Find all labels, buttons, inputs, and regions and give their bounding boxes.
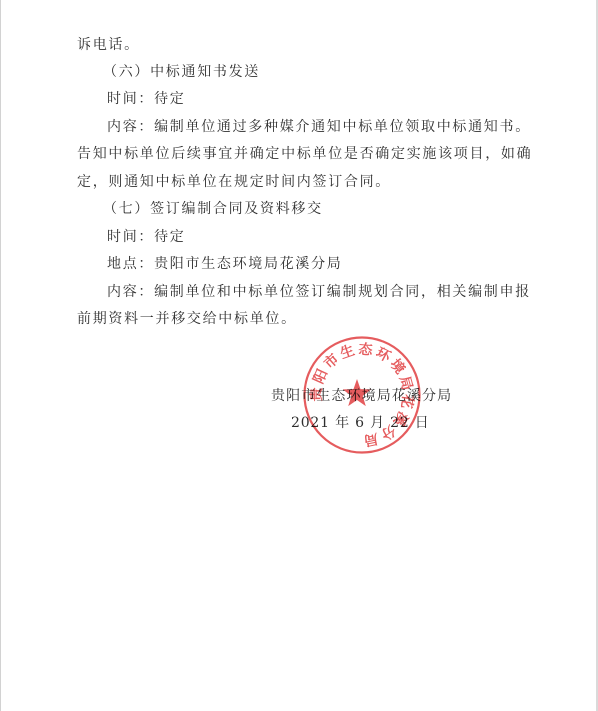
document-page: 诉电话。 （六）中标通知书发送 时间：待定 内容：编制单位通过多种媒介通知中标单… — [0, 0, 598, 711]
time-value: 待定 — [154, 91, 185, 107]
section-7-content-line-1: 内容：编制单位和中标单位签订编制规划合同，相关编制申报 — [107, 282, 531, 302]
signature-date: 2021 年 6 月 22 日 — [291, 413, 430, 433]
section-6-content-line-3: 定，则通知中标单位在规定时间内签订合同。 — [77, 172, 391, 192]
signature-organization: 贵阳市生态环境局花溪分局 — [271, 386, 452, 406]
section-heading-7: （七）签订编制合同及资料移交 — [103, 199, 323, 219]
section-6-time: 时间：待定 — [107, 89, 186, 109]
content-label: 内容： — [107, 119, 154, 135]
content-text: 编制单位通过多种媒介通知中标单位领取中标通知书。 — [154, 119, 531, 135]
place-value: 贵阳市生态环境局花溪分局 — [154, 256, 342, 272]
section-7-place: 地点：贵阳市生态环境局花溪分局 — [107, 254, 343, 274]
section-7-content-line-2: 前期资料一并移交给中标单位。 — [77, 309, 297, 329]
content-text: 编制单位和中标单位签订编制规划合同，相关编制申报 — [154, 284, 531, 300]
section-heading-6: （六）中标通知书发送 — [103, 62, 260, 82]
section-6-content-line-2: 告知中标单位后续事宜并确定中标单位是否确定实施该项目，如确 — [77, 144, 532, 164]
time-value: 待定 — [154, 229, 185, 245]
time-label: 时间： — [107, 229, 154, 245]
paragraph-continuation: 诉电话。 — [77, 35, 140, 55]
section-7-time: 时间：待定 — [107, 227, 186, 247]
section-6-content-line-1: 内容：编制单位通过多种媒介通知中标单位领取中标通知书。 — [107, 117, 531, 137]
place-label: 地点： — [107, 256, 154, 272]
time-label: 时间： — [107, 91, 154, 107]
content-label: 内容： — [107, 284, 154, 300]
